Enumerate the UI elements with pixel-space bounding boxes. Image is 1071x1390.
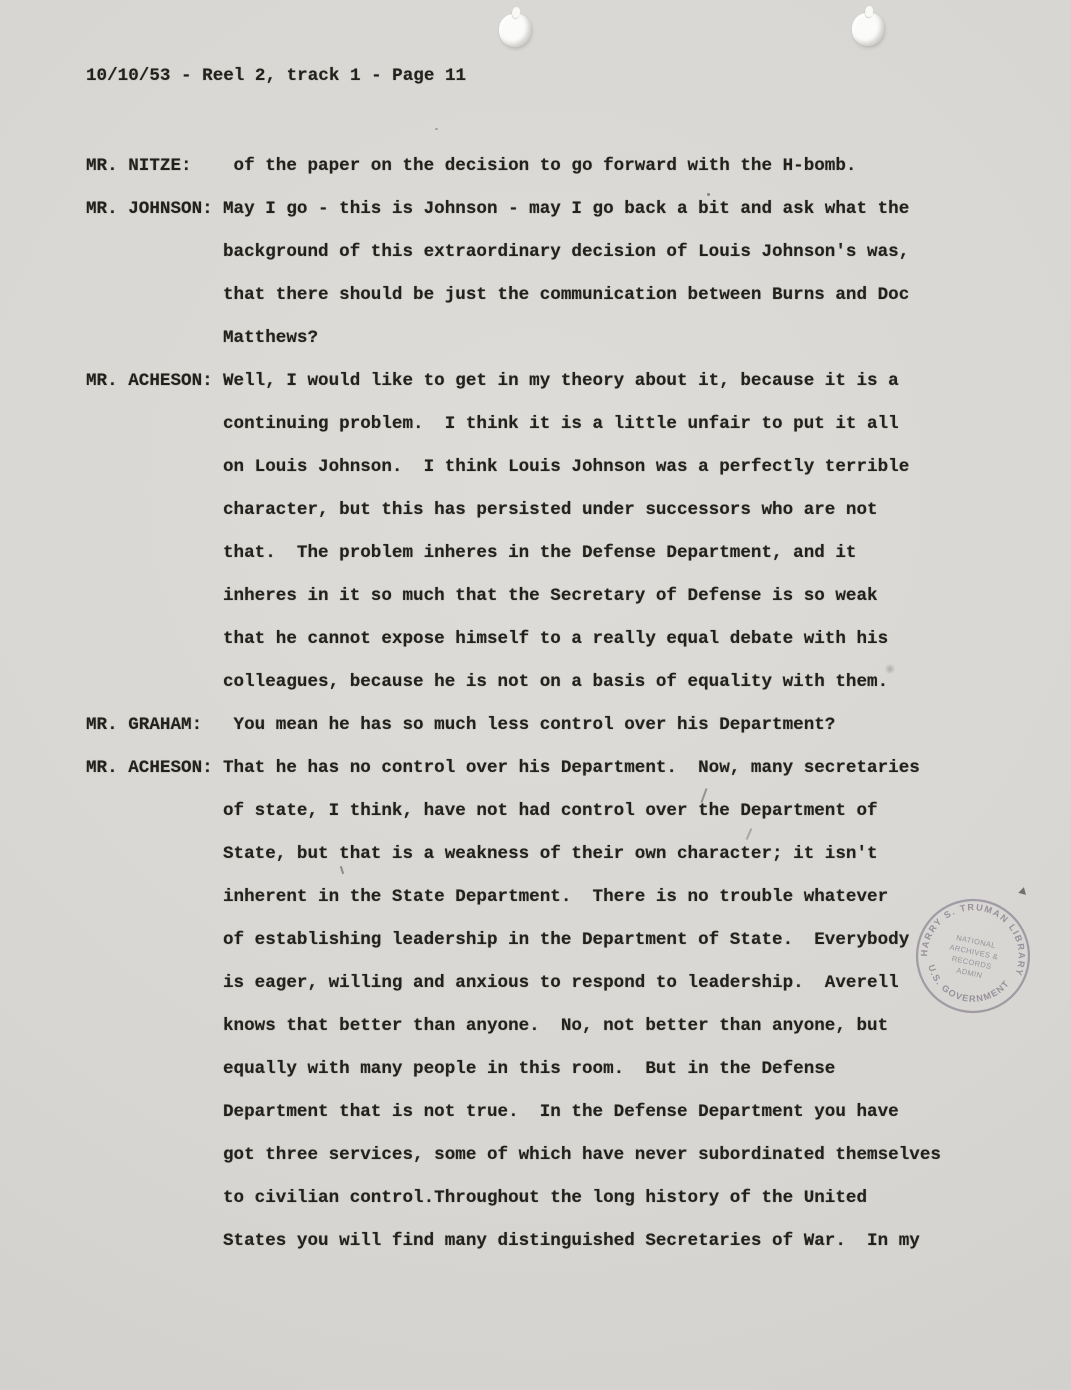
dialogue-line: got three services, some of which have n…	[223, 1134, 1041, 1177]
dialogue-line: May I go - this is Johnson - may I go ba…	[223, 188, 1041, 231]
punch-hole-right	[852, 13, 884, 46]
speaker-label: MR. GRAHAM:	[86, 704, 202, 747]
dialogue-line: background of this extraordinary decisio…	[223, 231, 1041, 274]
dialogue-lines: of the paper on the decision to go forwa…	[223, 145, 1041, 188]
dialogue-line: that he cannot expose himself to a reall…	[223, 618, 1041, 661]
dialogue-line: colleagues, because he is not on a basis…	[223, 661, 1041, 704]
dialogue-line: You mean he has so much less control ove…	[223, 704, 1041, 747]
dialogue-line: knows that better than anyone. No, not b…	[223, 1005, 1041, 1048]
dialogue-line: character, but this has persisted under …	[223, 489, 1041, 532]
dialogue-line: that. The problem inheres in the Defense…	[223, 532, 1041, 575]
dialogue-line: Department that is not true. In the Defe…	[223, 1091, 1041, 1134]
dialogue-line: equally with many people in this room. B…	[223, 1048, 1041, 1091]
dialogue-lines: May I go - this is Johnson - may I go ba…	[223, 188, 1041, 360]
ink-speck	[435, 128, 438, 130]
page-header: 10/10/53 - Reel 2, track 1 - Page 11	[86, 64, 466, 88]
dialogue-line: States you will find many distinguished …	[223, 1220, 1041, 1263]
truman-library-stamp: HARRY S. TRUMAN LIBRARY U.S. GOVERNMENT …	[903, 886, 1043, 1026]
speaker-label: MR. ACHESON:	[86, 747, 213, 790]
dialogue-lines: You mean he has so much less control ove…	[223, 704, 1041, 747]
dialogue-entry: MR. NITZE: of the paper on the decision …	[86, 145, 1041, 188]
dialogue-line: Well, I would like to get in my theory a…	[223, 360, 1041, 403]
transcript: MR. NITZE: of the paper on the decision …	[86, 145, 1041, 1263]
dialogue-entry: MR. ACHESON:Well, I would like to get in…	[86, 360, 1041, 704]
speaker-label: MR. JOHNSON:	[86, 188, 213, 231]
dialogue-line: on Louis Johnson. I think Louis Johnson …	[223, 446, 1041, 489]
dialogue-line: inheres in it so much that the Secretary…	[223, 575, 1041, 618]
dialogue-lines: That he has no control over his Departme…	[223, 747, 1041, 1263]
speaker-label: MR. NITZE:	[86, 145, 192, 188]
dialogue-line: inherent in the State Department. There …	[223, 876, 1041, 919]
dialogue-line: to civilian control.Throughout the long …	[223, 1177, 1041, 1220]
dialogue-line: of state, I think, have not had control …	[223, 790, 1041, 833]
dialogue-entry: MR. GRAHAM: You mean he has so much less…	[86, 704, 1041, 747]
punch-hole-left	[499, 14, 531, 47]
dialogue-line: continuing problem. I think it is a litt…	[223, 403, 1041, 446]
dialogue-line: that there should be just the communicat…	[223, 274, 1041, 317]
speaker-label: MR. ACHESON:	[86, 360, 213, 403]
ink-speck	[707, 193, 710, 196]
dialogue-line: of the paper on the decision to go forwa…	[223, 145, 1041, 188]
dialogue-line: Matthews?	[223, 317, 1041, 360]
dialogue-entry: MR. JOHNSON:May I go - this is Johnson -…	[86, 188, 1041, 360]
scanned-document-page: 10/10/53 - Reel 2, track 1 - Page 11 MR.…	[0, 0, 1071, 1390]
dialogue-lines: Well, I would like to get in my theory a…	[223, 360, 1041, 704]
dialogue-line: State, but that is a weakness of their o…	[223, 833, 1041, 876]
ink-speck	[562, 553, 564, 555]
ink-smudge	[884, 664, 896, 674]
dialogue-line: That he has no control over his Departme…	[223, 747, 1041, 790]
dialogue-entry: MR. ACHESON:That he has no control over …	[86, 747, 1041, 1263]
